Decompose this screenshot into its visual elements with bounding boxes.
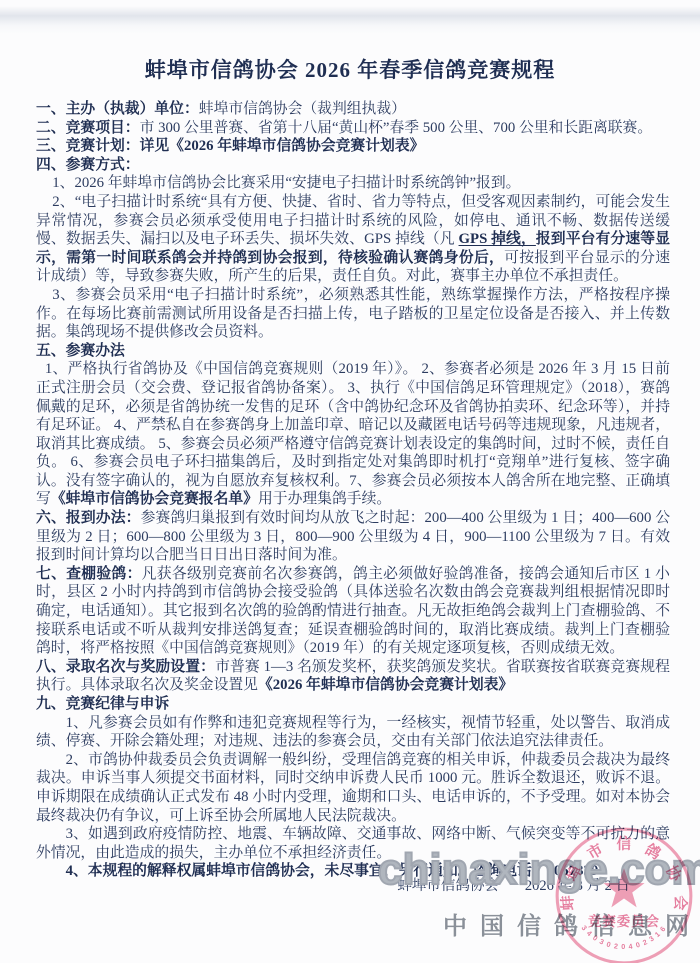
text-run: GPS 掉线，: [459, 231, 536, 247]
document-body: 一、主办（执裁）单位：蚌埠市信鸽协会（裁判组执裁）二、竞赛项目：市 300 公里…: [36, 100, 670, 881]
paragraph: 3、参赛会员采用“电子扫描计时系统”，必须熟悉其性能，熟练掌握操作方法，严格按程…: [36, 286, 670, 342]
paragraph: 六、报到办法：参赛鸽归巢报到有效时间均从放飞之时起：200—400 公里级为 1…: [36, 509, 670, 565]
paragraph: 2、市鸽协仲裁委员会负责调解一般纠纷，受理信鸽竞赛的相关申诉，仲裁委员会裁决为最…: [36, 751, 670, 825]
paragraph: 3、如遇到政府疫情防控、地震、车辆故障、交通事故、网络中断、气候突变等不可抗力的…: [36, 825, 670, 862]
text-run: 2、市鸽协仲裁委员会负责调解一般纠纷，受理信鸽竞赛的相关申诉，仲裁委员会裁决为最…: [36, 752, 670, 824]
paragraph: 七、查棚验鸽：凡获各级别竞赛前名次参赛鸽，鸽主必须做好验鸽准备，接鸽会通知后市区…: [36, 565, 670, 658]
text-run: 一、主办（执裁）单位：: [36, 101, 199, 117]
paragraph: 三、竞赛计划：详见《2026 年蚌埠市信鸽协会竞赛计划表》: [36, 137, 670, 156]
paragraph: 九、竞赛纪律与申诉: [36, 695, 670, 714]
paragraph: 1、2026 年蚌埠市信鸽协会比赛采用“安捷电子扫描计时系统鸽钟”报到。: [36, 174, 670, 193]
text-run: 3、参赛会员采用“电子扫描计时系统”，必须熟悉其性能，熟练掌握操作方法，严格按程…: [36, 287, 670, 340]
text-run: 1、凡参赛会员如有作弊和违犯竞赛规程等行为，一经核实，视情节轻重，处以警告、取消…: [36, 715, 670, 750]
paragraph: 八、录取名次与奖励设置：市普赛 1—3 名颁发奖杯，获奖鸽颁发奖状。省联赛按省联…: [36, 658, 670, 695]
text-run: 1、严格执行省鸽协及《中国信鸽竞赛规则（2019 年）》。 2、参赛者必须是 2…: [36, 361, 670, 507]
text-run: 《蚌埠市信鸽协会竞赛报名单》: [51, 491, 258, 507]
text-run: 八、录取名次与奖励设置：: [36, 659, 215, 675]
text-run: 3、如遇到政府疫情防控、地震、车辆故障、交通事故、网络中断、气候突变等不可抗力的…: [36, 826, 670, 861]
text-run: 三、竞赛计划：详见《2026 年蚌埠市信鸽协会竞赛计划表》: [36, 138, 424, 154]
signature-line: 蚌埠市信鸽协会2026 年 3 月 2 日: [0, 874, 700, 895]
text-run: 蚌埠市信鸽协会（裁判组执裁）: [199, 101, 406, 117]
text-run: 《2026 年蚌埠市信鸽协会竞赛计划表》: [258, 677, 513, 693]
text-run: 七、查棚验鸽：: [36, 566, 142, 582]
paragraph: 四、参赛方式：: [36, 156, 670, 175]
scanned-document-page: 蚌埠市信鸽协会 2026 年春季信鸽竞赛规程 一、主办（执裁）单位：蚌埠市信鸽协…: [0, 0, 700, 963]
text-run: 五、参赛办法: [36, 343, 125, 359]
paragraph: 1、凡参赛会员如有作弊和违犯竞赛规程等行为，一经核实，视情节轻重，处以警告、取消…: [36, 714, 670, 751]
text-run: 二、竞赛项目：: [36, 120, 140, 136]
text-run: 1、2026 年蚌埠市信鸽协会比赛采用“安捷电子扫描计时系统鸽钟”报到。: [52, 175, 520, 191]
paragraph: 二、竞赛项目：市 300 公里普赛、省第十八届“黄山杯”春季 500 公里、70…: [36, 119, 670, 138]
paragraph: 1、严格执行省鸽协及《中国信鸽竞赛规则（2019 年）》。 2、参赛者必须是 2…: [36, 360, 670, 509]
paragraph: 一、主办（执裁）单位：蚌埠市信鸽协会（裁判组执裁）: [36, 100, 670, 119]
signature-org: 蚌埠市信鸽协会: [397, 878, 499, 894]
seal-serial-number: 3403020402316: [580, 923, 669, 951]
seal-committee-label: 竞赛委员会: [588, 913, 660, 929]
text-run: 六、报到办法：: [36, 510, 141, 526]
signature-date: 2026 年 3 月 2 日: [525, 878, 630, 894]
text-run: 九、竞赛纪律与申诉: [36, 696, 169, 712]
text-run: 四、参赛方式：: [36, 157, 140, 173]
chinaxinge-watermark-cn-text: 中国信鸽信息网: [443, 906, 700, 941]
document-title: 蚌埠市信鸽协会 2026 年春季信鸽竞赛规程: [30, 54, 670, 84]
text-run: 市 300 公里普赛、省第十八届“黄山杯”春季 500 公里、700 公里和长距…: [140, 120, 653, 136]
paragraph: 2、“电子扫描计时系统“具有方便、快捷、省时、省力等特点，但受客观因素制约，可能…: [36, 193, 670, 286]
text-run: 用于办理集鸽手续。: [258, 491, 391, 507]
paragraph: 五、参赛办法: [36, 342, 670, 361]
scan-edge-shadow: [0, 6, 700, 34]
